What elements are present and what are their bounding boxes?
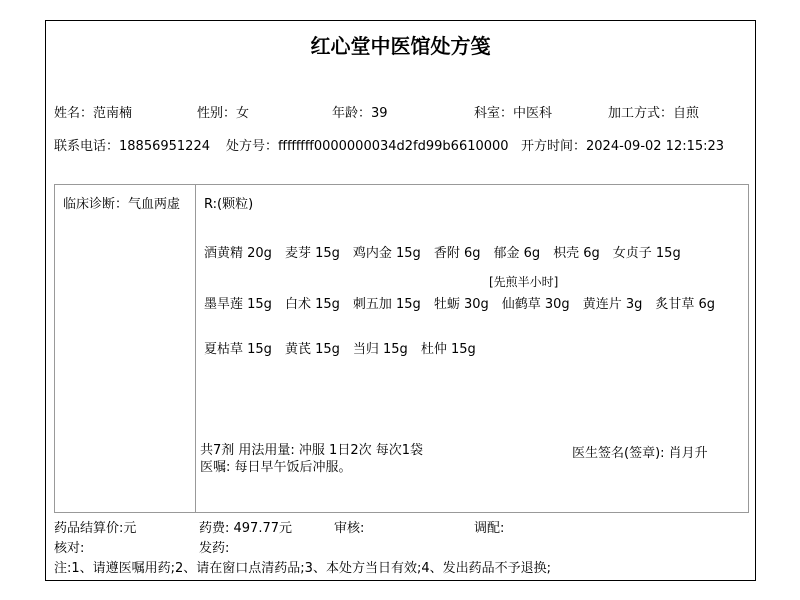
medicine-fee: 药费: 497.77元: [199, 521, 292, 537]
department: 科室：中医科: [474, 106, 552, 122]
usage-dosage: 共7剂 用法用量: 冲服 1日2次 每次1袋: [200, 443, 423, 459]
medicine-item: 黄连片 3g: [583, 297, 643, 313]
medicine-row: 墨旱莲 15g 白术 15g 刺五加 15g 牡蛎 30g 仙鹤草 30g 黄连…: [204, 297, 715, 313]
patient-age: 年龄：39: [332, 106, 388, 122]
medicine-item: 仙鹤草 30g: [502, 297, 570, 313]
medicine-item: 白术 15g: [285, 297, 340, 313]
medicine-item: 墨旱莲 15g: [204, 297, 272, 313]
contact-phone: 联系电话：18856951224: [54, 139, 210, 155]
medicine-item: 鸡内金 15g: [353, 246, 421, 262]
medicine-item: 刺五加 15g: [353, 297, 421, 313]
medicine-item: 杜仲 15g: [421, 342, 476, 358]
medicine-item: 当归 15g: [353, 342, 408, 358]
medicine-item: 炙甘草 6g: [655, 297, 715, 313]
diagnosis-divider: [195, 185, 196, 512]
settlement-price: 药品结算价:元: [54, 521, 136, 537]
medicine-item: 枳壳 6g: [553, 246, 600, 262]
medicine-item: 麦芽 15g: [285, 246, 340, 262]
prescription-page: 红心堂中医馆处方笺 姓名：范南楠 性别：女 年龄：39 科室：中医科 加工方式：…: [0, 0, 800, 600]
prescription-box: 临床诊断：气血两虚 R:(颗粒) 酒黄精 20g 麦芽 15g 鸡内金 15g …: [54, 184, 749, 513]
prescription-time: 开方时间：2024-09-02 12:15:23: [521, 139, 724, 155]
dispense-label: 发药:: [199, 541, 229, 557]
medicine-item: 女贞子 15g: [613, 246, 681, 262]
medicine-item: 夏枯草 15g: [204, 342, 272, 358]
check-label: 核对:: [54, 541, 84, 557]
medicine-item: 郁金 6g: [493, 246, 540, 262]
medicine-row: 酒黄精 20g 麦芽 15g 鸡内金 15g 香附 6g 郁金 6g 枳壳 6g…: [204, 246, 681, 262]
doctor-signature: 医生签名(签章): 肖月升: [572, 445, 722, 462]
page-title: 红心堂中医馆处方笺: [46, 38, 755, 54]
medicine-item: 牡蛎 30g: [434, 297, 489, 313]
medicine-item: 香附 6g: [434, 246, 481, 262]
footer-note: 注:1、请遵医嘱用药;2、请在窗口点清药品;3、本处方当日有效;4、发出药品不予…: [54, 561, 551, 577]
prescription-number: 处方号：ffffffff0000000034d2fd99b6610000: [226, 139, 509, 155]
rx-header: R:(颗粒): [204, 197, 253, 213]
clinical-diagnosis: 临床诊断：气血两虚: [63, 197, 180, 213]
processing-method: 加工方式：自煎: [608, 106, 699, 122]
doctor-instruction: 医嘱: 每日早午饭后冲服。: [200, 460, 352, 476]
review-label: 审核:: [334, 521, 364, 537]
medicine-item: 酒黄精 20g: [204, 246, 272, 262]
document-frame: 红心堂中医馆处方笺 姓名：范南楠 性别：女 年龄：39 科室：中医科 加工方式：…: [45, 20, 756, 581]
patient-name: 姓名：范南楠: [54, 106, 132, 122]
medicine-item: 黄芪 15g: [285, 342, 340, 358]
patient-gender: 性别：女: [197, 106, 249, 122]
dispense-prep-label: 调配:: [474, 521, 504, 537]
decoction-annotation: [先煎半小时]: [489, 274, 558, 290]
medicine-row: 夏枯草 15g 黄芪 15g 当归 15g 杜仲 15g: [204, 342, 476, 358]
